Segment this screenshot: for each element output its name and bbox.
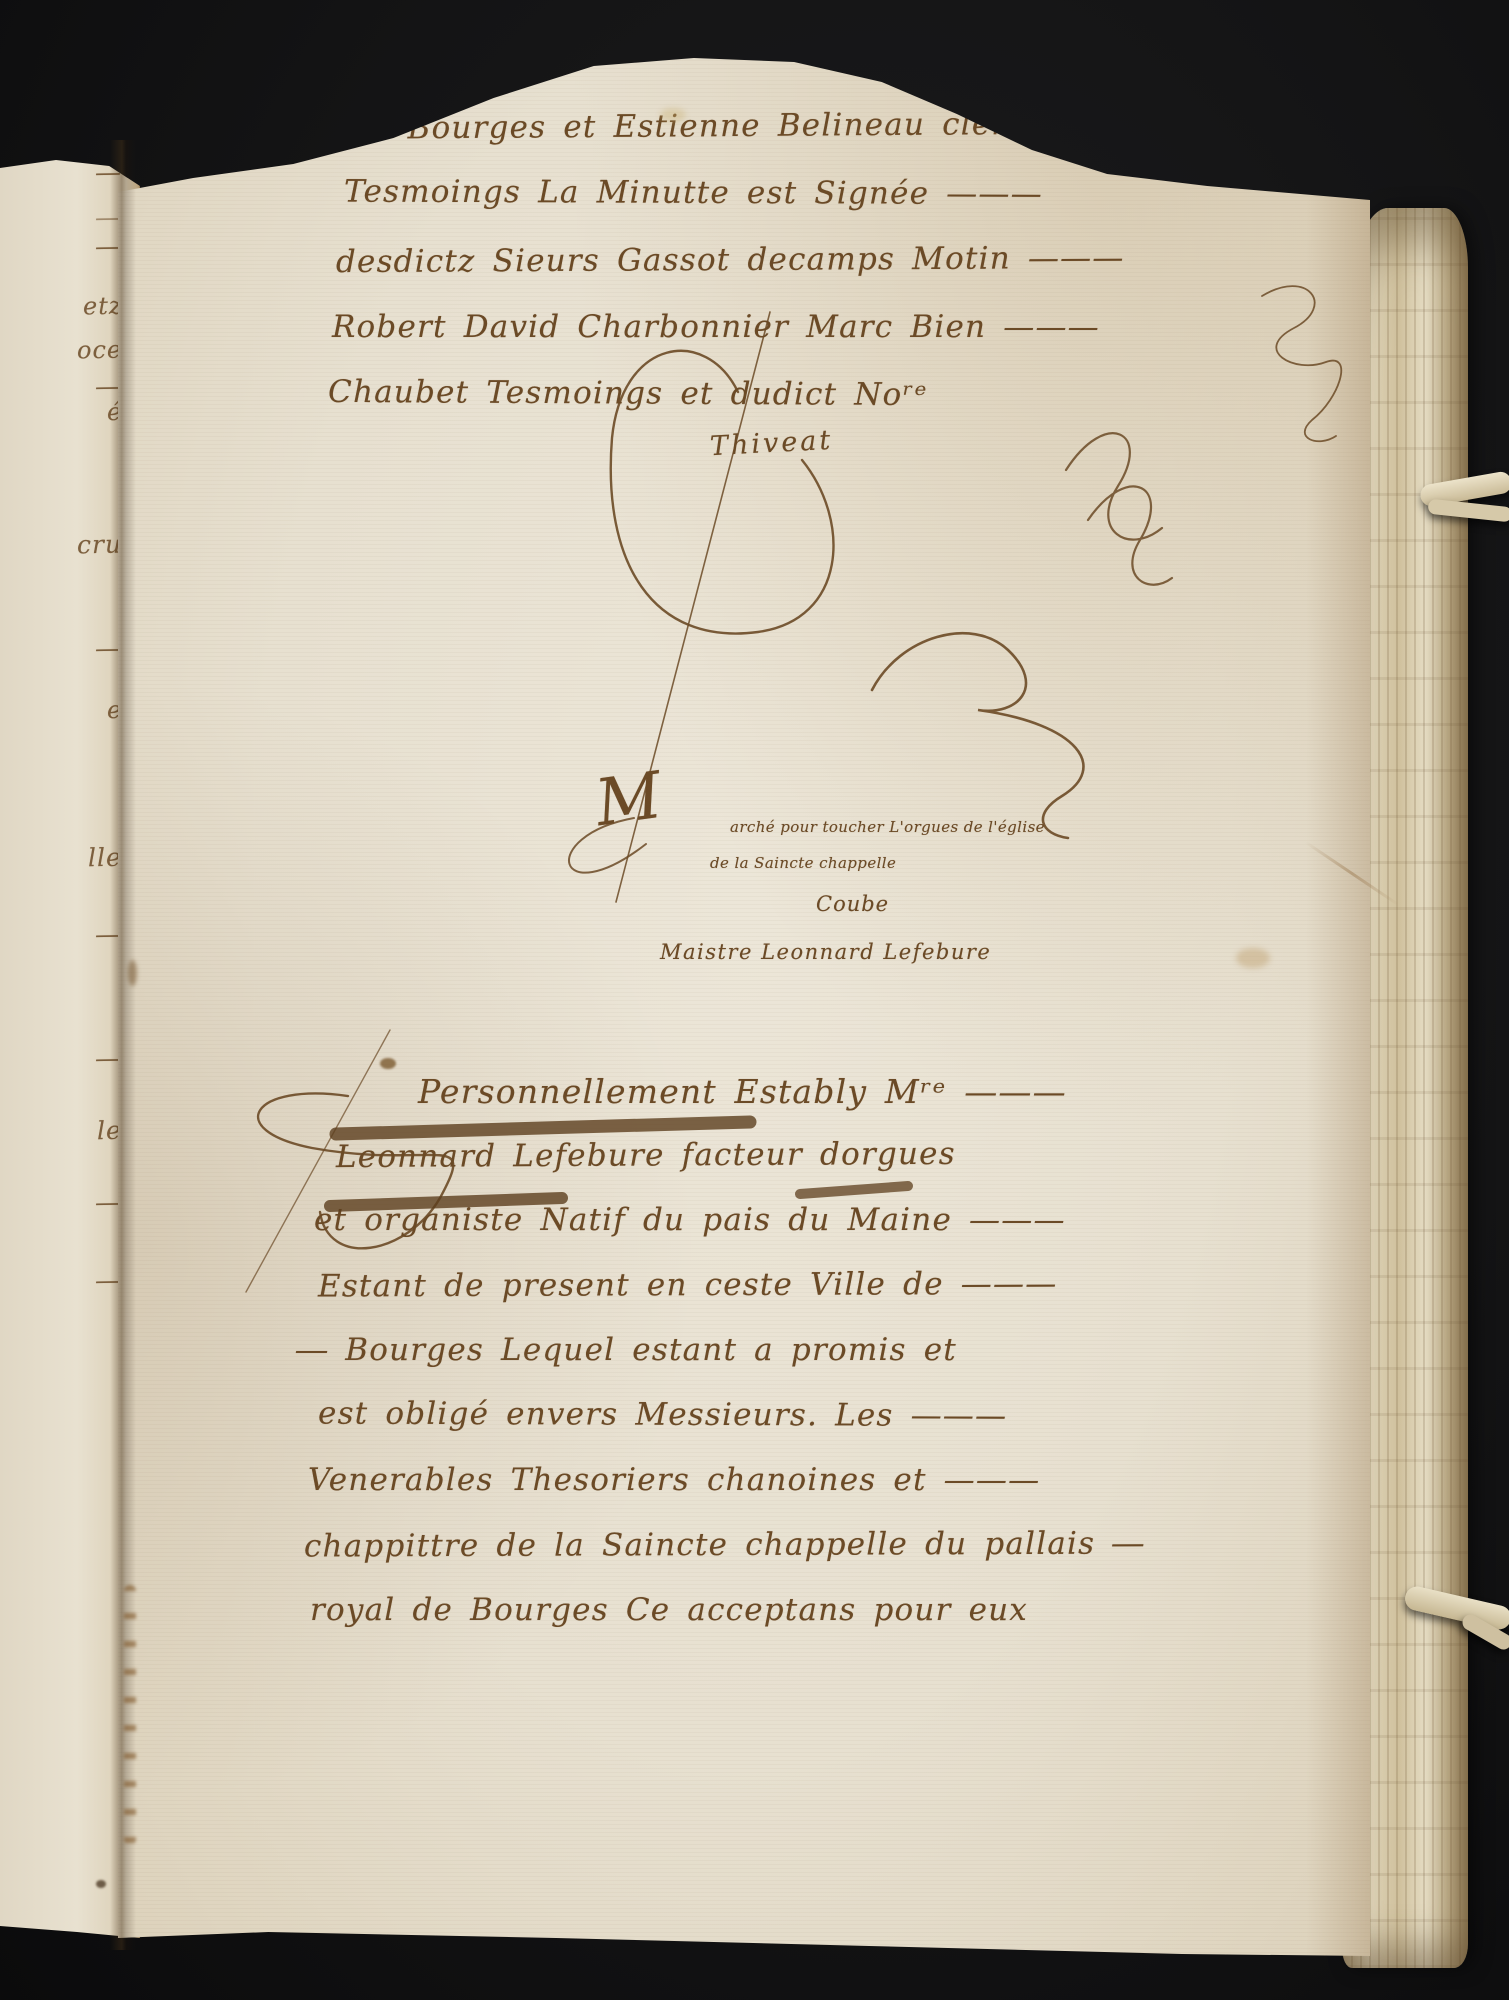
manuscript-line: royal de Bourges Ce acceptans pour eux — [310, 1592, 1145, 1657]
page-edge-shading — [1306, 0, 1370, 2000]
paper-speck — [96, 1880, 106, 1888]
marginal-heading-party: Maistre Leonnard Lefebure — [660, 940, 991, 964]
manuscript-photo: — — — — etz oce — é cru — e lle — — le —… — [0, 0, 1509, 2000]
gutter-stain — [124, 1585, 136, 1845]
manuscript-line: ― Bourges Lequel estant a promis et — [296, 1332, 1145, 1397]
marginal-heading-line: de la Saincte chappelle — [710, 854, 896, 872]
manuscript-line: Personnellement Estably Mʳᵉ ——— — [418, 1072, 1145, 1137]
manuscript-line: est obligé envers Messieurs. Les ——— — [318, 1396, 1145, 1464]
manuscript-line: de Bourges et Estienne Belineau clerc ——… — [350, 105, 1140, 178]
manuscript-line: et organiste Natif du pais du Maine ——— — [314, 1202, 1145, 1267]
manuscript-line: desdictz Sieurs Gassot decamps Motin ——— — [336, 240, 1140, 311]
paper-stain — [1236, 948, 1270, 968]
closing-formula-block: de Bourges et Estienne Belineau clerc ——… — [350, 108, 1140, 443]
manuscript-line: chappittre de la Saincte chappelle du pa… — [304, 1526, 1145, 1594]
manuscript-line: Tesmoings La Minutte est Signée ——— — [344, 174, 1140, 244]
notary-signature: Thiveat — [709, 425, 834, 462]
heading-initial-letter: M — [592, 766, 665, 835]
paper-stain — [660, 108, 686, 122]
marginal-heading-keyword: Coube — [816, 892, 889, 916]
gutter-stain — [128, 960, 137, 986]
facing-line-fragment: — — [95, 105, 123, 135]
folio-annotation: n° iiij — [948, 73, 1015, 97]
manuscript-page: n° iiij de Bourges et Estienne Belineau … — [118, 0, 1370, 2000]
ink-stain — [380, 1058, 396, 1069]
manuscript-line: Robert David Charbonnier Marc Bien ——— — [332, 309, 1140, 376]
manuscript-line: Leonnard Lefebure facteur dorgues — [336, 1135, 1145, 1204]
marginal-heading-line: arché pour toucher L'orgues de l'église — [730, 818, 1045, 836]
manuscript-line: Venerables Thesoriers chanoines et ——— — [308, 1462, 1145, 1527]
manuscript-line: Estant de present en ceste Ville de ——— — [318, 1266, 1145, 1334]
act-text-block: Personnellement Estably Mʳᵉ ——— Leonnard… — [296, 1072, 1145, 1657]
